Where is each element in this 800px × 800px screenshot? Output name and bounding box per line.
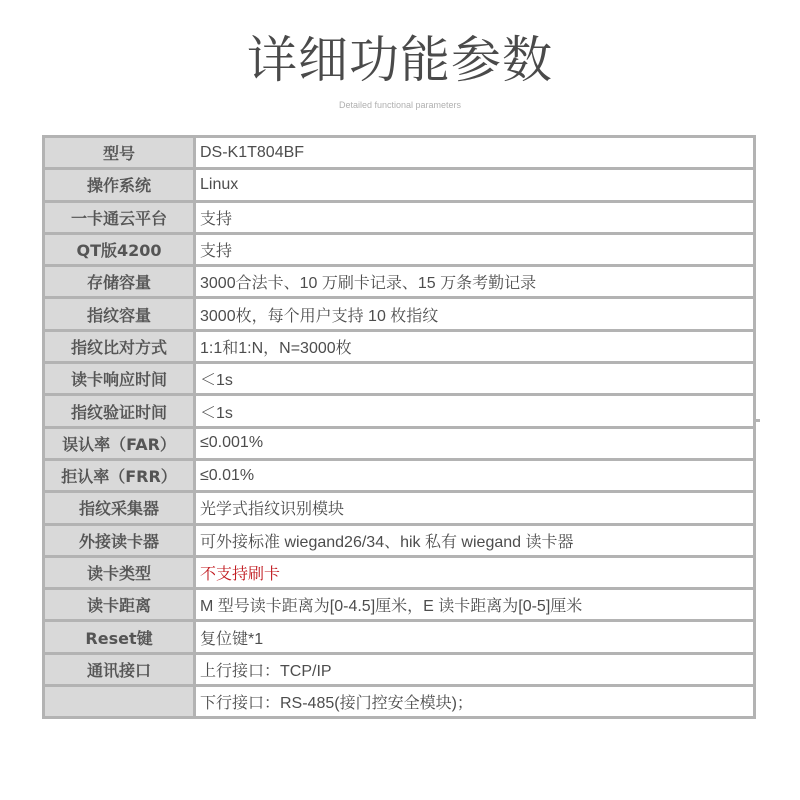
table-row: 型号 DS-K1T804BF <box>44 137 755 169</box>
row-value: 1:1和1:N，N=3000枚 <box>195 330 755 362</box>
table-row: 指纹比对方式 1:1和1:N，N=3000枚 <box>44 330 755 362</box>
divider <box>756 419 760 422</box>
table-row: 读卡距离 M 型号读卡距离为[0-4.5]厘米，E 读卡距离为[0-5]厘米 <box>44 589 755 621</box>
page-subtitle: Detailed functional parameters <box>0 100 800 110</box>
table-row: 读卡类型 不支持刷卡 <box>44 556 755 588</box>
row-value: 支持 <box>195 233 755 265</box>
row-label: 拒认率（FRR） <box>44 459 195 491</box>
row-label: 指纹容量 <box>44 298 195 330</box>
row-label: 指纹验证时间 <box>44 395 195 427</box>
table-row: 操作系统 Linux <box>44 169 755 201</box>
row-label: 型号 <box>44 137 195 169</box>
row-value: ≤0.01% <box>195 459 755 491</box>
table-row: 下行接口：RS-485(接门控安全模块)； <box>44 686 755 718</box>
row-label: QT版4200 <box>44 233 195 265</box>
row-value: DS-K1T804BF <box>195 137 755 169</box>
row-value: ＜1s <box>195 395 755 427</box>
row-label: 读卡距离 <box>44 589 195 621</box>
row-value: M 型号读卡距离为[0-4.5]厘米，E 读卡距离为[0-5]厘米 <box>195 589 755 621</box>
table-row: 通讯接口 上行接口：TCP/IP <box>44 653 755 685</box>
row-value: 上行接口：TCP/IP <box>195 653 755 685</box>
row-value: 下行接口：RS-485(接门控安全模块)； <box>195 686 755 718</box>
table-row: 指纹采集器 光学式指纹识别模块 <box>44 492 755 524</box>
table-row: 外接读卡器 可外接标准 wiegand26/34、hik 私有 wiegand … <box>44 524 755 556</box>
row-value: 3000合法卡、10 万刷卡记录、15 万条考勤记录 <box>195 266 755 298</box>
spec-table: 型号 DS-K1T804BF 操作系统 Linux 一卡通云平台 支持 QT版4… <box>42 135 756 719</box>
table-row: 指纹验证时间 ＜1s <box>44 395 755 427</box>
row-value: 3000枚，每个用户支持 10 枚指纹 <box>195 298 755 330</box>
table-row: 误认率（FAR） ≤0.001% <box>44 427 755 459</box>
row-label: 通讯接口 <box>44 653 195 685</box>
row-value: 可外接标准 wiegand26/34、hik 私有 wiegand 读卡器 <box>195 524 755 556</box>
row-label: 指纹采集器 <box>44 492 195 524</box>
row-label: 一卡通云平台 <box>44 201 195 233</box>
table-row: QT版4200 支持 <box>44 233 755 265</box>
page-title: 详细功能参数 <box>0 28 800 92</box>
row-value: 复位键*1 <box>195 621 755 653</box>
table-row: 存储容量 3000合法卡、10 万刷卡记录、15 万条考勤记录 <box>44 266 755 298</box>
row-value: 光学式指纹识别模块 <box>195 492 755 524</box>
row-value: Linux <box>195 169 755 201</box>
row-label <box>44 686 195 718</box>
table-row: Reset键 复位键*1 <box>44 621 755 653</box>
table-row: 拒认率（FRR） ≤0.01% <box>44 459 755 491</box>
row-label: 读卡响应时间 <box>44 363 195 395</box>
row-value: ≤0.001% <box>195 427 755 459</box>
row-label: 指纹比对方式 <box>44 330 195 362</box>
table-row: 一卡通云平台 支持 <box>44 201 755 233</box>
row-label: 外接读卡器 <box>44 524 195 556</box>
row-value: 支持 <box>195 201 755 233</box>
table-row: 读卡响应时间 ＜1s <box>44 363 755 395</box>
row-label: 误认率（FAR） <box>44 427 195 459</box>
row-label: Reset键 <box>44 621 195 653</box>
row-value: ＜1s <box>195 363 755 395</box>
row-value-highlight: 不支持刷卡 <box>195 556 755 588</box>
row-label: 读卡类型 <box>44 556 195 588</box>
row-label: 操作系统 <box>44 169 195 201</box>
table-row: 指纹容量 3000枚，每个用户支持 10 枚指纹 <box>44 298 755 330</box>
row-label: 存储容量 <box>44 266 195 298</box>
